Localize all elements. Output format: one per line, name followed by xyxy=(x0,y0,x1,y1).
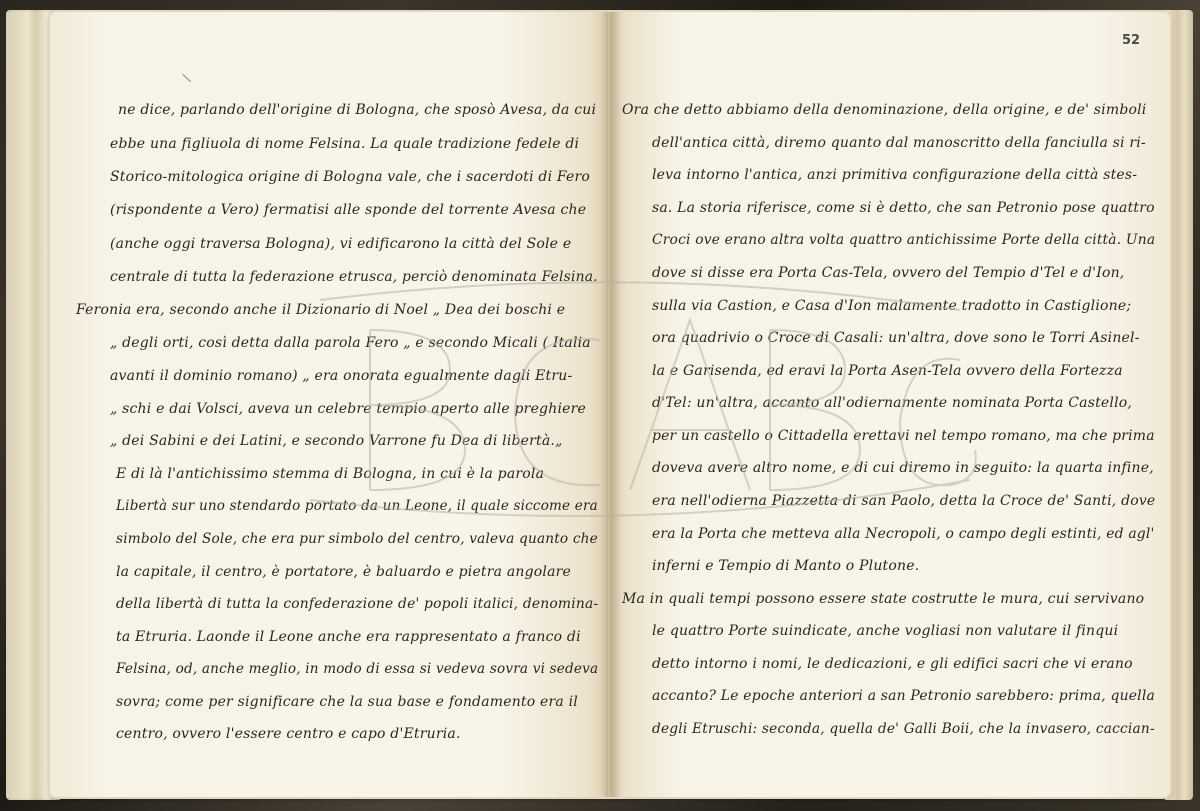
manuscript-line: degli Etruschi: seconda, quella de' Gall… xyxy=(652,719,1155,739)
manuscript-line: „ schi e dai Volsci, aveva un celebre te… xyxy=(110,399,586,419)
manuscript-line: le quattro Porte suindicate, anche vogli… xyxy=(652,621,1118,641)
manuscript-line: sa. La storia riferisce, come si è detto… xyxy=(652,198,1155,218)
manuscript-line: era nell'odierna Piazzetta di san Paolo,… xyxy=(652,491,1155,511)
manuscript-line: accanto? Le epoche anteriori a san Petro… xyxy=(652,686,1155,706)
manuscript-line: doveva avere altro nome, e di cui diremo… xyxy=(652,458,1154,478)
manuscript-line: leva intorno l'antica, anzi primitiva co… xyxy=(652,165,1137,185)
manuscript-line: avanti il dominio romano) „ era onorata … xyxy=(110,366,572,386)
manuscript-line: ta Etruria. Laonde il Leone anche era ra… xyxy=(116,627,581,647)
manuscript-line: „ dei Sabini e dei Latini, e secondo Var… xyxy=(110,431,563,451)
manuscript-line: inferni e Tempio di Manto o Plutone. xyxy=(652,556,919,576)
manuscript-line: Ma in quali tempi possono essere state c… xyxy=(622,589,1144,609)
manuscript-line: (rispondente a Vero) fermatisi alle spon… xyxy=(110,200,586,220)
manuscript-line: era la Porta che metteva alla Necropoli,… xyxy=(652,524,1155,544)
manuscript-line: la capitale, il centro, è portatore, è b… xyxy=(116,562,571,582)
manuscript-line: ebbe una figliuola di nome Felsina. La q… xyxy=(110,134,579,154)
manuscript-line: ne dice, parlando dell'origine di Bologn… xyxy=(118,100,596,120)
book-gutter xyxy=(600,12,622,797)
manuscript-line: dove si disse era Porta Cas-Tela, ovvero… xyxy=(652,263,1124,283)
manuscript-line: d'Tel: un'altra, accanto all'odiernament… xyxy=(652,393,1132,413)
manuscript-line: Felsina, od, anche meglio, in modo di es… xyxy=(116,659,598,679)
manuscript-line: sulla via Castion, e Casa d'Ion malament… xyxy=(652,296,1131,316)
manuscript-line: Croci ove erano altra volta quattro anti… xyxy=(652,230,1155,250)
manuscript-line: „ degli orti, così detta dalla parola Fe… xyxy=(110,333,591,353)
open-manuscript-book: \ 52 ne dice, parlando dell'origine di B… xyxy=(0,0,1200,811)
manuscript-line: (anche oggi traversa Bologna), vi edific… xyxy=(110,234,571,254)
manuscript-line: dell'antica città, diremo quanto dal man… xyxy=(652,133,1146,153)
manuscript-line: la e Garisenda, ed eravi la Porta Asen-T… xyxy=(652,361,1123,381)
manuscript-line: detto intorno i nomi, le dedicazioni, e … xyxy=(652,654,1133,674)
manuscript-line: Storico-mitologica origine di Bologna va… xyxy=(110,167,590,187)
manuscript-line: simbolo del Sole, che era pur simbolo de… xyxy=(116,529,598,549)
manuscript-line: centrale di tutta la federazione etrusca… xyxy=(110,267,598,287)
manuscript-line: della libertà di tutta la confederazione… xyxy=(116,594,598,614)
manuscript-line: Libertà sur uno stendardo portato da un … xyxy=(116,496,598,516)
manuscript-line: Feronia era, secondo anche il Dizionario… xyxy=(76,300,565,320)
manuscript-line: Ora che detto abbiamo della denominazion… xyxy=(622,100,1146,120)
manuscript-line: per un castello o Cittadella erettavi ne… xyxy=(652,426,1155,446)
manuscript-line: centro, ovvero l'essere centro e capo d'… xyxy=(116,724,461,744)
manuscript-line: sovra; come per significare che la sua b… xyxy=(116,692,578,712)
page-number: 52 xyxy=(1122,33,1140,48)
manuscript-line: ora quadrivio o Croce di Casali: un'altr… xyxy=(652,328,1140,348)
manuscript-line: E di là l'antichissimo stemma di Bologna… xyxy=(116,464,544,484)
